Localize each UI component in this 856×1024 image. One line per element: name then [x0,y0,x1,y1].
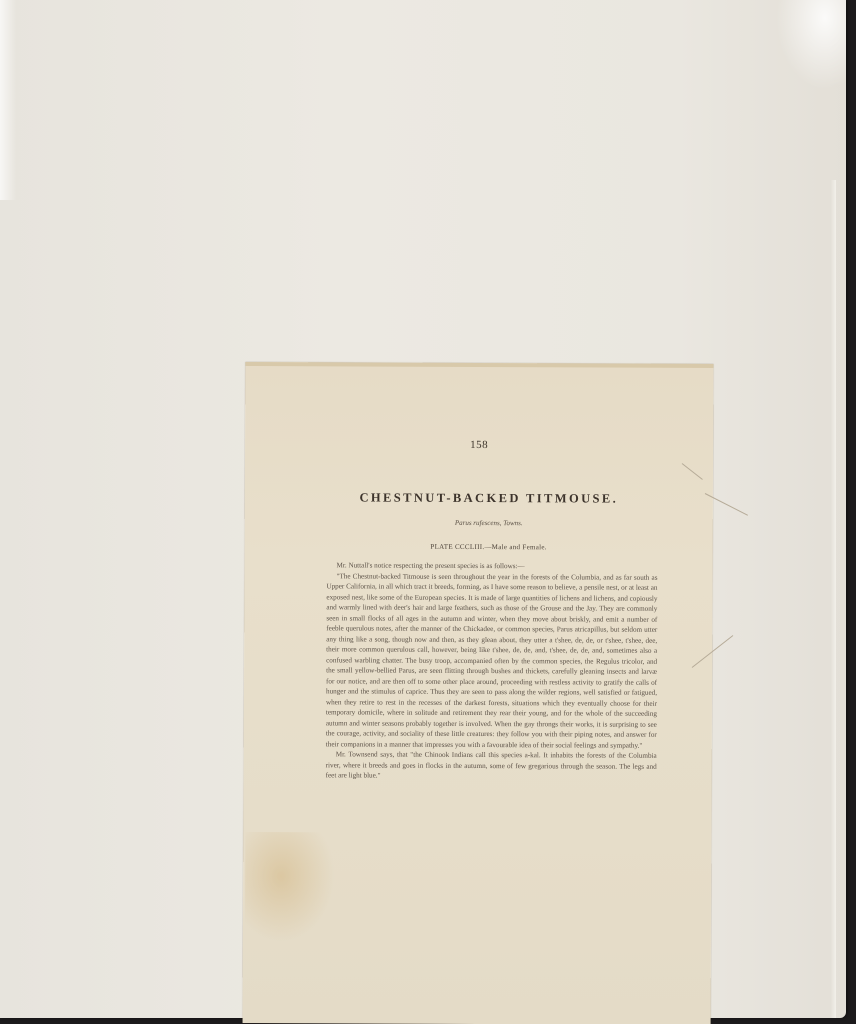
page-number: 158 [245,438,713,452]
paragraph: "The Chestnut-backed Titmouse is seen th… [326,571,658,751]
plastic-glare [0,0,16,200]
paragraph: Mr. Townsend says, that "the Chinook Ind… [326,749,657,782]
body-text: Mr. Nuttall's notice respecting the pres… [326,560,658,782]
plastic-glare [776,0,846,90]
book-page: 158 CHESTNUT-BACKED TITMOUSE. Parus rufe… [243,362,714,1024]
scientific-name: Parus rufescens, Towns. [245,518,713,528]
page-title: CHESTNUT-BACKED TITMOUSE. [325,490,653,506]
paragraph: Mr. Nuttall's notice respecting the pres… [327,560,658,572]
mat-edge [830,180,836,1018]
mat-board: 158 CHESTNUT-BACKED TITMOUSE. Parus rufe… [0,0,846,1018]
foxing-stain [245,832,335,942]
plate-caption: PLATE CCCLIII.—Male and Female. [245,542,713,552]
